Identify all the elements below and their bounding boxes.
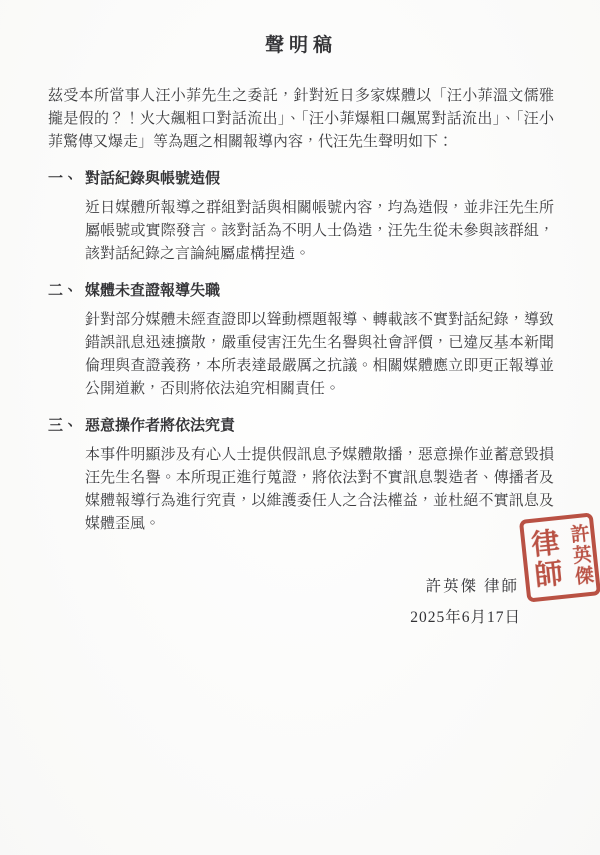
section-2-body: 針對部分媒體未經查證即以聳動標題報導、轉載該不實對話紀錄，導致錯誤訊息迅速擴散，… (85, 309, 554, 401)
section-2-heading: 媒體未查證報導失職 (85, 281, 220, 302)
section-1: 一、 對話紀錄與帳號造假 近日媒體所報導之群組對話與相關帳號內容，均為造假，並非… (48, 169, 554, 266)
intro-paragraph: 茲受本所當事人汪小菲先生之委託，針對近日多家媒體以「汪小菲溫文儒雅攏是假的？！火… (48, 85, 554, 154)
signature-date: 2025年6月17日 (48, 607, 554, 629)
section-2-heading-row: 二、 媒體未查證報導失職 (48, 281, 554, 302)
section-3-heading-row: 三、 惡意操作者將依法究責 (48, 416, 554, 437)
section-1-heading: 對話紀錄與帳號造假 (85, 169, 220, 190)
seal-text-left-column: 律師 (527, 527, 561, 592)
section-2-number: 二、 (48, 281, 85, 302)
section-1-body: 近日媒體所報導之群組對話與相關帳號內容，均為造假，並非汪先生所屬帳號或實際發言。… (85, 197, 554, 266)
section-3-heading: 惡意操作者將依法究責 (85, 416, 235, 437)
statement-document-page: 聲明稿 茲受本所當事人汪小菲先生之委託，針對近日多家媒體以「汪小菲溫文儒雅攏是假… (0, 0, 600, 855)
signature-block: 許英傑 律師 2025年6月17日 (48, 576, 554, 629)
document-title: 聲明稿 (48, 30, 554, 57)
section-3: 三、 惡意操作者將依法究責 本事件明顯涉及有心人士提供假訊息予媒體散播，惡意操作… (48, 416, 554, 536)
seal-text-right-column: 許英傑 (568, 523, 593, 588)
signature-name: 許英傑 律師 (48, 576, 554, 598)
section-2: 二、 媒體未查證報導失職 針對部分媒體未經查證即以聳動標題報導、轉載該不實對話紀… (48, 281, 554, 401)
document-content: 聲明稿 茲受本所當事人汪小菲先生之委託，針對近日多家媒體以「汪小菲溫文儒雅攏是假… (0, 0, 600, 629)
section-1-number: 一、 (48, 169, 85, 190)
section-1-heading-row: 一、 對話紀錄與帳號造假 (48, 169, 554, 190)
section-3-body: 本事件明顯涉及有心人士提供假訊息予媒體散播，惡意操作並蓄意毀損汪先生名譽。本所現… (85, 444, 554, 536)
lawyer-seal-stamp: 律師 許英傑 (519, 512, 600, 602)
section-3-number: 三、 (48, 416, 85, 437)
